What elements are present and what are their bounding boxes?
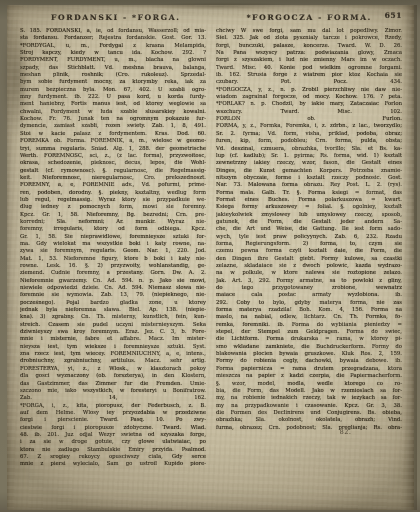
text-line: nitszym obyczaie, forme i ksztalt rzeczy…: [216, 175, 402, 182]
text-line: ma. Gdy wielokat ma wszystkie boki i kat…: [20, 241, 206, 248]
running-head-right: *FORGOCZA - FORMA.: [213, 13, 407, 22]
text-line: pocześnego). Pojal bardzo gladka zone, u…: [20, 300, 206, 307]
text-line: my, na robienie iednakich rzeczy, tak w …: [216, 395, 402, 402]
scanned-book-page: FORDANSKI - *FORGA. *FORGOCZA - FORMA. 6…: [0, 0, 420, 512]
text-line: remka, foremniki. ib. Forma do wybiiania…: [216, 322, 402, 329]
text-line: ziemend. Cudnie foremny, a przestany. Go…: [20, 270, 206, 277]
text-line: murem bezpieczna byla. Mon. 67, 402. U s…: [20, 87, 206, 94]
text-line: meshan plinik, roshnik; (Cro. rukoleuz).…: [20, 72, 206, 79]
text-line: FORDYMENT, FURDYMENT, u, m., blacha na g…: [20, 57, 206, 64]
text-line: lup (cf. kadlub); Sr. 1. pyirma; Rs. for…: [216, 153, 402, 160]
text-line: 67. Z srogiey rekoycy opusciwszy ciala, …: [20, 454, 206, 461]
text-line: ktora nie zadlugo Stambulskie Emiry przy…: [20, 447, 206, 454]
text-line: i za sie w droge gotuie, czy glowe ulatw…: [20, 439, 206, 446]
text-line: mnie z piersi wylecialo, Sam go ustroil …: [20, 461, 206, 468]
text-line: Na Pana wszyscy patrza: podwiazania glow…: [216, 50, 402, 57]
text-line: FORMA, y, z., Formka, Foremka, i, z. zdr…: [216, 123, 402, 130]
running-head-left: FORDANSKI - *FORGA.: [19, 13, 213, 22]
text-line: wszchury. Tward. Misc. 102.: [216, 109, 402, 116]
text-line: das Gastzimmer, das Zimmer fur die Fremd…: [20, 381, 206, 388]
text-line: gestalt (cf. rymownosc). §. regularnosc,…: [20, 168, 206, 175]
text-line: foremny, irregularis, ktory od form odbi…: [20, 226, 206, 233]
text-line: Tward. Misc. 40. Konie pod wielkim ogrom…: [216, 65, 402, 72]
text-line: jakieykolwiek zmyslowey lub umyslowey rz…: [216, 212, 402, 219]
paper-sheet: FORDANSKI - *FORGA. *FORGOCZA - FORMA. 6…: [7, 5, 414, 510]
text-line: Vd. deszinal, czmuera, obrazhka, tvorill…: [216, 146, 402, 153]
text-line: Nar. 73. Malowana forma obrazu. Rey Post…: [216, 182, 402, 189]
text-line: okrasa, schedozenie, pieknosc, decus, le…: [20, 160, 206, 167]
text-line: Mat. 1, 53. Nieforemne figury, ktore b b…: [20, 256, 206, 263]
text-line: Werth. FOREMNOSC, sci, z., (z lac. forma…: [20, 153, 206, 160]
text-line: zewnetrzny iakiey rzeczy, wzor, fason, d…: [216, 160, 402, 167]
text-line: *FORLAK? n. p. Chodzil, by iakie mary, Z…: [216, 101, 402, 108]
text-line: nieysza iest, tym wieksze i foremnieysze…: [20, 344, 206, 351]
text-line: czemu pewna forma czyli ksztalt daie, di…: [216, 248, 402, 255]
text-line: forgi i pierscienie. Tward. Pasq. 10. Po…: [20, 417, 206, 424]
text-line: Ksiega formy arkuszowey = folial. §. ogo…: [216, 204, 402, 211]
text-line: korredni; Sla. neformni; Ar. munkir. Wyr…: [20, 219, 206, 226]
text-line: wiadom zagrainal forgocze, od mocy. Koch…: [216, 94, 402, 101]
text-line: forgi z szyszakiem, i lud nie zmienny Ma…: [216, 57, 402, 64]
text-line: Jak. Art. 3, 292. Formy armatne, sa to p…: [216, 278, 402, 285]
text-line: 292. Coby to bylo, gdyby materya forma, …: [216, 300, 402, 307]
text-line: ment haniebny, Fortis manus iest, od kto…: [20, 101, 206, 108]
text-line: FORESTERYA, yi, z., z Wlosk., w klasztor…: [20, 366, 206, 373]
text-line: Kpcz. Gr. 1, 58. Nieforemny, Bg. bezredn…: [20, 212, 206, 219]
text-line: kna). 3) zgrabny. Cn. Th. misterny, kuns…: [20, 314, 206, 321]
text-line: forma materya rzadzila! Boh. Kom. 4, 156…: [216, 307, 402, 314]
text-line: szczono mie, iako wszystkich, w forester…: [20, 388, 206, 395]
text-line: na w polkule, w ktore nalewa sie roztopi…: [216, 270, 402, 277]
text-line: mny furdyment. ib. 222. U pasa kord, u k…: [20, 94, 206, 101]
text-line: tryi, summa regularis. Sniad. Alg. 1, 28…: [20, 146, 206, 153]
text-line: Stroj kapczy, kiedy w tancu ida. Kochow.…: [20, 50, 206, 57]
text-line: FOREMNY, a, e, FOREMNIE adv., Vd. pofurm…: [20, 182, 206, 189]
text-line: Forma mala. Galb. Tr. §. Forma ksiegi = …: [216, 190, 402, 197]
text-line: sta fordansu. Fordanzer; Rejestra fordan…: [20, 35, 206, 42]
text-line: wych, tyle iest praw policyynych. Zab. 6…: [216, 234, 402, 241]
text-line: lub regul, regelmassig. Wyraz ktory sie …: [20, 197, 206, 204]
text-line: auf dem Helme. Wlosy iey przyozdabia w p…: [20, 410, 206, 417]
text-line: FOREMKA ob. Forma. FOREMNIK, a, m., wiel…: [20, 138, 206, 145]
text-line: *FORGOCZA, y, z., n. p. Zrobil pierzchli…: [216, 87, 402, 94]
text-line: smo wkladane zamkniete, die Buchdruckerf…: [216, 344, 402, 351]
text-line: blakowania plocien bywaia gruszkowe. Klu…: [216, 351, 402, 358]
text-line: bia, die Form, das Modell. Jako w rzemio…: [216, 388, 402, 395]
text-line: Zab. 14, 162.: [20, 395, 206, 402]
text-line: Formy do robienia cegly, dachowki, bywai…: [216, 358, 402, 365]
text-line: Nieforemnie gwarzemy. Cn. Ad. 594. n. p.…: [20, 278, 206, 285]
text-line: zywa sie foremnym, regularis. Geom. Nar.…: [20, 248, 206, 255]
text-line: dziwnieyszy swa kroy foremnym. Eraz. Jez…: [20, 329, 206, 336]
text-line: maiace cala postac armaty wyzlobiona. ib…: [216, 292, 402, 299]
text-line: mnie i misternie, fabre et affabre. Macz…: [20, 336, 206, 343]
text-line: drobniuchny, zgrabniuchny, artitulus. Ma…: [20, 358, 206, 365]
text-line: Kochow. Fr. 76. Junak ten na ogromnym po…: [20, 116, 206, 123]
text-line: die Lichtform. Forma drukarska = rama, w…: [216, 336, 402, 343]
text-line: jednak byla nieforemna slawa. Biel. Ap. …: [20, 307, 206, 314]
text-line: Sr. 2. fyrma; Vd. form, visha, priklad, …: [216, 131, 402, 138]
text-line: my na przypadkowanie i czasowanie. Kpcz.…: [216, 403, 402, 410]
text-line: stepel, der Stempel zum Geldpragen. Form…: [216, 329, 402, 336]
text-line: die Formen des Declinirens und Conjugire…: [216, 410, 402, 417]
text-line: Stoi w kacie palasz z fordymentem. Kras.…: [20, 131, 206, 138]
text-line: *FORDYGAL, u, m., Fordygal z krasna Mela…: [20, 43, 206, 50]
text-line: czubary. Pot. Pocz. 434.: [216, 79, 402, 86]
text-line: §. wzor, model, modla, wedle ktorego co …: [216, 381, 402, 388]
text-line: S. 185. FORDANSKI, a, ie, od fordansu, W…: [20, 28, 206, 35]
text-line: Forma papiernicza = rama drutem przegrad…: [216, 366, 402, 373]
text-line: obrazhka; Sla. okolnost, okolatela, obra…: [216, 417, 402, 424]
signature-mark: 82.: [7, 428, 414, 436]
text-line: do tego przygotowaney zrobione, wewnatrz: [216, 285, 402, 292]
text-line: furen, kip, form, podobleu; Crn. forma, …: [216, 138, 402, 145]
text-line: ib. 162. Strusia forge z wiatrem pior kt…: [216, 72, 402, 79]
text-line: Gr. 1, 58. Sie nieprawidlowe, foremnieys…: [20, 234, 206, 241]
top-edge-shadow: [147, 2, 297, 10]
text-line: dymencie, zamiast szabli, rozen swiety. …: [20, 123, 206, 130]
page-number: 651: [385, 11, 402, 20]
text-line: *FORGA, i, z., kita, pioropusz, der Fede…: [20, 403, 206, 410]
text-line: forgi, bunczuki, palasze, koncerze. Twar…: [216, 43, 402, 50]
text-line: dla gosci wyznaczony (ob. forszterya), i…: [20, 373, 206, 380]
text-line: zelazne, skladaiace sie z dwoch polowic,…: [216, 263, 402, 270]
text-line: Siel. 325. Jak od zlota pysznialy tarcze…: [216, 35, 402, 42]
text-line: bym sobie furdyment mocny, za ktorymby r…: [20, 79, 206, 86]
text-line: rowne. Lesk. 16. §. 2) przyzwoity, wohla…: [20, 263, 206, 270]
text-line: szpady, das Stichblatt. Vd. meshna brauv…: [20, 65, 206, 72]
text-line: dlug iedney z pomocnych form, mowi sie f…: [20, 204, 206, 211]
text-line: gatunek, die Form, die Gestalt jeder and…: [216, 219, 402, 226]
text-line: streich. Czasem sie pudel uczyni mistern…: [20, 322, 206, 329]
text-line: chciwy W swe forgi, sam mu dal lot poped…: [216, 28, 402, 35]
text-line: FORLON ob. Furlon.: [216, 116, 402, 123]
text-line: maslo, na nabial, odlew, lichtarz. Cn. T…: [216, 314, 402, 321]
text-line: Dinges, die Kunst gemachten Korpers. Pot…: [216, 168, 402, 175]
text-line: den Dingen ihre Gestalt giebt. Formy kul…: [216, 256, 402, 263]
text-line: mieszcza na papier z kadzi czerpia, die …: [216, 373, 402, 380]
text-line: Format eines Buches. Forma polarkuszowa …: [216, 197, 402, 204]
text-line: zna rzecz iest, tym wiecey. FOREMNIUCHNY…: [20, 351, 206, 358]
running-head: FORDANSKI - *FORGA. *FORGOCZA - FORMA. 6…: [19, 11, 406, 23]
text-line: che, die Art und Weise, die Gattung. Ile…: [216, 226, 402, 233]
text-line: forma, Regierungsform. 2) forma, to, czy…: [216, 241, 402, 248]
text-line: foremnie sie wymowia. Zab. 13, 79. (niep…: [20, 292, 206, 299]
text-line: ren, podoben, dorodny. §. piekny, ksztal…: [20, 190, 206, 197]
text-line: chwalni, Fordyment w luda szable slusars…: [20, 109, 206, 116]
text-line: niewiele odpowiedzi dzieie. Cn. Ad. 594.…: [20, 285, 206, 292]
text-line: keit. Nieforemnosc, nieregularnosc, Cro.…: [20, 175, 206, 182]
